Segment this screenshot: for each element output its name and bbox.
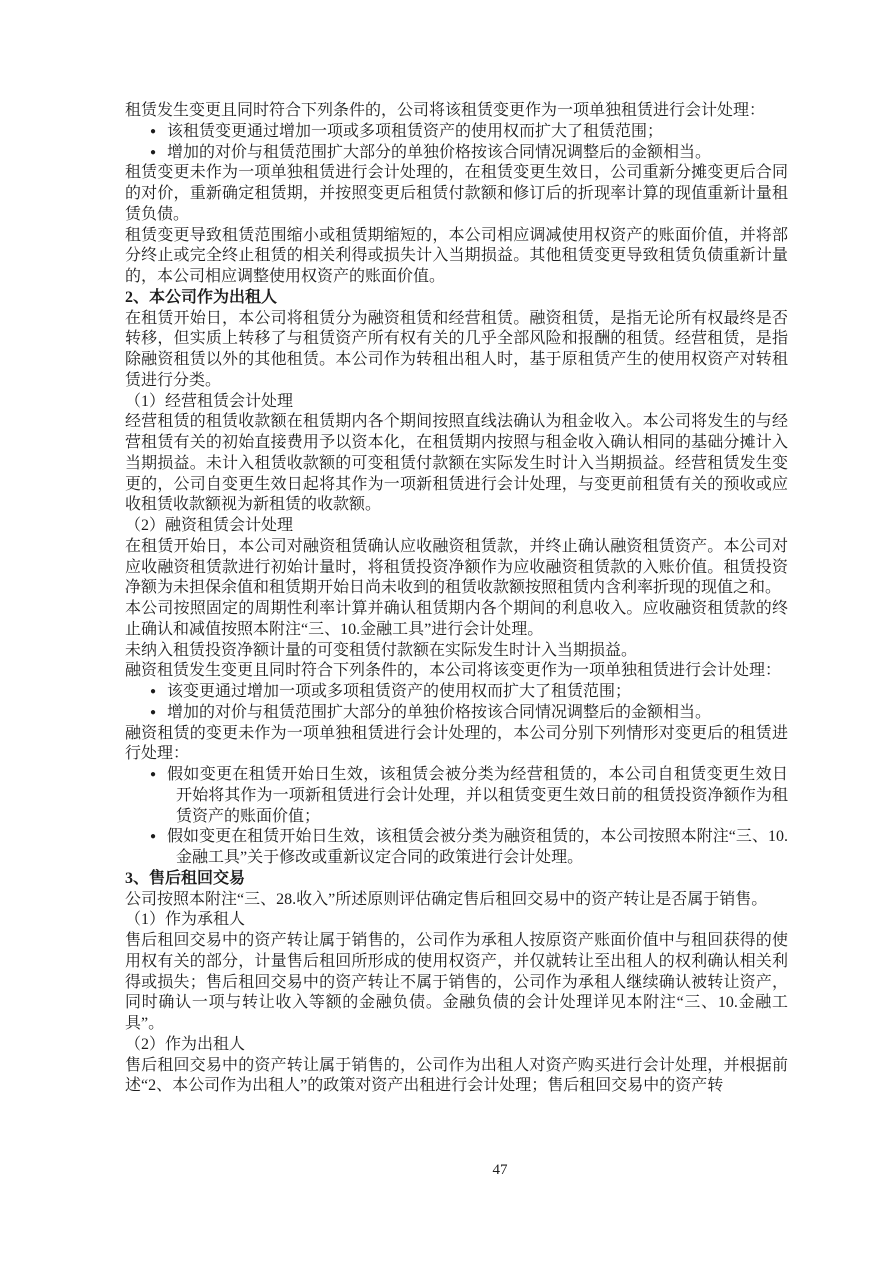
bullet-icon: ● (150, 122, 156, 143)
bullet-text: 增加的对价与租赁范围扩大部分的单独价格按该合同情况调整后的金额相当。 (167, 144, 711, 161)
bullet-text: 假如变更在租赁开始日生效，该租赁会被分类为经营租赁的，本公司自租赁变更生效日开始… (167, 766, 788, 825)
document-page: 租赁发生变更且同时符合下列条件的，公司将该租赁变更作为一项单独租赁进行会计处理：… (0, 0, 893, 1262)
bullet-item: ●假如变更在租赁开始日生效，该租赁会被分类为融资租赁的，本公司按照本附注“三、1… (125, 827, 788, 869)
paragraph: 在租赁开始日，本公司对融资租赁确认应收融资租赁款，并终止确认融资租赁资产。本公司… (125, 537, 788, 599)
bullet-item: ●增加的对价与租赁范围扩大部分的单独价格按该合同情况调整后的金额相当。 (125, 703, 788, 724)
sub-heading: （2）融资租赁会计处理 (125, 516, 788, 537)
paragraph: 租赁变更未作为一项单独租赁进行会计处理的，在租赁变更生效日，公司重新分摊变更后合… (125, 163, 788, 225)
paragraph: 本公司按照固定的周期性利率计算并确认租赁期内各个期间的利息收入。应收融资租赁款的… (125, 599, 788, 641)
paragraph: 租赁发生变更且同时符合下列条件的，公司将该租赁变更作为一项单独租赁进行会计处理： (125, 101, 788, 122)
page-content: 租赁发生变更且同时符合下列条件的，公司将该租赁变更作为一项单独租赁进行会计处理：… (125, 101, 788, 1097)
page-number: 47 (107, 1160, 893, 1180)
bullet-list: ●该租赁变更通过增加一项或多项租赁资产的使用权而扩大了租赁范围； ●增加的对价与… (125, 122, 788, 164)
bullet-item: ●增加的对价与租赁范围扩大部分的单独价格按该合同情况调整后的金额相当。 (125, 143, 788, 164)
bullet-item: ●假如变更在租赁开始日生效，该租赁会被分类为经营租赁的，本公司自租赁变更生效日开… (125, 765, 788, 827)
bullet-item: ●该租赁变更通过增加一项或多项租赁资产的使用权而扩大了租赁范围； (125, 122, 788, 143)
paragraph: 售后租回交易中的资产转让属于销售的，公司作为承租人按原资产账面价值中与租回获得的… (125, 931, 788, 1035)
bullet-icon: ● (150, 827, 156, 848)
bullet-text: 该租赁变更通过增加一项或多项租赁资产的使用权而扩大了租赁范围； (167, 123, 663, 140)
sub-heading: （1）经营租赁会计处理 (125, 392, 788, 413)
sub-heading: （2）作为出租人 (125, 1035, 788, 1056)
bullet-icon: ● (150, 703, 156, 724)
section-heading: 3、售后租回交易 (125, 869, 788, 890)
bullet-icon: ● (150, 765, 156, 786)
sub-heading: （1）作为承租人 (125, 910, 788, 931)
bullet-icon: ● (150, 143, 156, 164)
section-heading: 2、本公司作为出租人 (125, 288, 788, 309)
paragraph: 未纳入租赁投资净额计量的可变租赁付款额在实际发生时计入当期损益。 (125, 641, 788, 662)
bullet-text: 增加的对价与租赁范围扩大部分的单独价格按该合同情况调整后的金额相当。 (167, 704, 711, 721)
paragraph: 公司按照本附注“三、28.收入”所述原则评估确定售后租回交易中的资产转让是否属于… (125, 890, 788, 911)
bullet-icon: ● (150, 682, 156, 703)
bullet-item: ●该变更通过增加一项或多项租赁资产的使用权而扩大了租赁范围； (125, 682, 788, 703)
bullet-text: 该变更通过增加一项或多项租赁资产的使用权而扩大了租赁范围； (167, 683, 631, 700)
paragraph: 经营租赁的租赁收款额在租赁期内各个期间按照直线法确认为租金收入。本公司将发生的与… (125, 412, 788, 516)
paragraph: 售后租回交易中的资产转让属于销售的，公司作为出租人对资产购买进行会计处理，并根据… (125, 1056, 788, 1098)
paragraph: 在租赁开始日，本公司将租赁分为融资租赁和经营租赁。融资租赁，是指无论所有权最终是… (125, 309, 788, 392)
paragraph: 融资租赁的变更未作为一项单独租赁进行会计处理的，本公司分别下列情形对变更后的租赁… (125, 724, 788, 766)
paragraph: 租赁变更导致租赁范围缩小或租赁期缩短的，本公司相应调减使用权资产的账面价值，并将… (125, 226, 788, 288)
paragraph: 融资租赁发生变更且同时符合下列条件的，本公司将该变更作为一项单独租赁进行会计处理… (125, 661, 788, 682)
bullet-list: ●该变更通过增加一项或多项租赁资产的使用权而扩大了租赁范围； ●增加的对价与租赁… (125, 682, 788, 724)
bullet-text: 假如变更在租赁开始日生效，该租赁会被分类为融资租赁的，本公司按照本附注“三、10… (167, 828, 788, 866)
bullet-list: ●假如变更在租赁开始日生效，该租赁会被分类为经营租赁的，本公司自租赁变更生效日开… (125, 765, 788, 869)
